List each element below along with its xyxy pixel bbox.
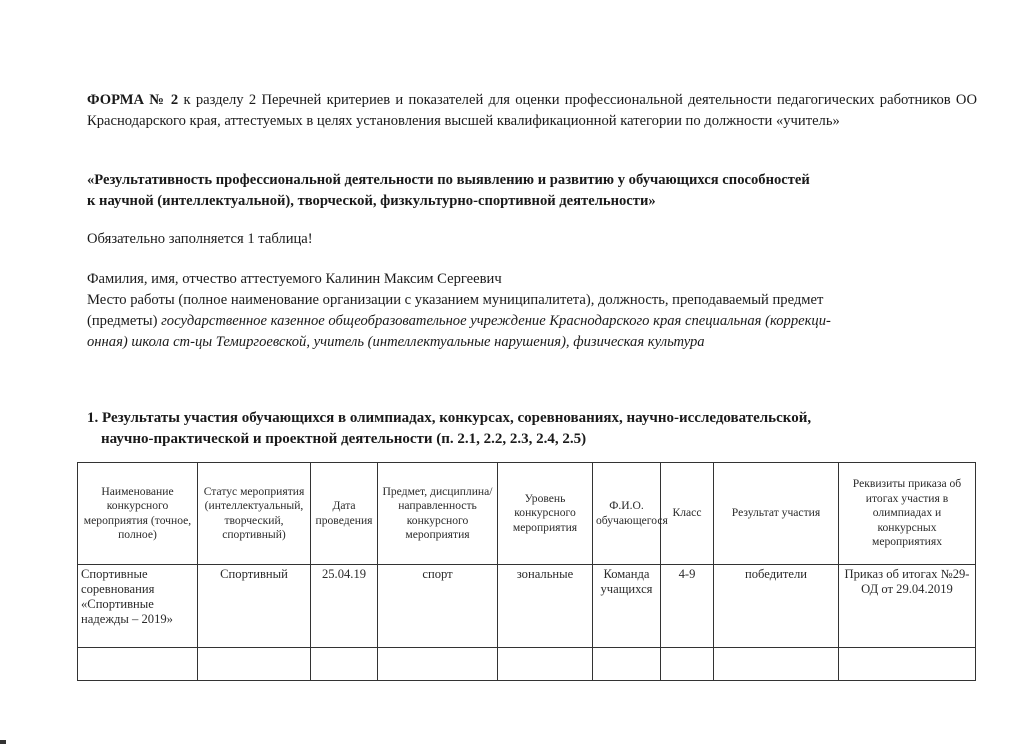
scan-artifact	[0, 740, 6, 744]
table-header-row: Наименование конкурсного мероприятия (то…	[78, 463, 976, 565]
header-date: Дата проведения	[311, 463, 378, 565]
document-title: «Результативность профессиональной деяте…	[87, 170, 977, 212]
workplace-value-1: государственное казенное общеобразовател…	[161, 313, 831, 329]
table-row-empty	[78, 648, 976, 681]
section-line-2: научно-практической и проектной деятельн…	[87, 429, 977, 450]
cell-empty	[593, 648, 661, 681]
title-line-1: «Результативность профессиональной деяте…	[87, 170, 977, 191]
cell-empty	[839, 648, 976, 681]
header-class: Класс	[661, 463, 714, 565]
fio-line: Фамилия, имя, отчество аттестуемого Кали…	[87, 269, 977, 290]
cell-empty	[378, 648, 498, 681]
person-info: Фамилия, имя, отчество аттестуемого Кали…	[87, 269, 977, 353]
header-event-name: Наименование конкурсного мероприятия (то…	[78, 463, 198, 565]
document-page: ФОРМА № 2 к разделу 2 Перечней критериев…	[0, 0, 1024, 744]
cell-class: 4-9	[661, 565, 714, 648]
results-table: Наименование конкурсного мероприятия (то…	[77, 462, 976, 681]
mandatory-note: Обязательно заполняется 1 таблица!	[87, 229, 977, 250]
form-intro: ФОРМА № 2 к разделу 2 Перечней критериев…	[87, 90, 977, 132]
workplace-value-2: онная) школа ст-цы Темиргоевской, учител…	[87, 332, 977, 353]
cell-result: победители	[714, 565, 839, 648]
cell-empty	[661, 648, 714, 681]
form-intro-text: к разделу 2 Перечней критериев и показат…	[87, 92, 977, 129]
fio-value: Калинин Максим Сергеевич	[326, 271, 502, 287]
workplace-label-2: (предметы)	[87, 313, 157, 329]
cell-empty	[498, 648, 593, 681]
header-subject: Предмет, дисциплина/ направленность конк…	[378, 463, 498, 565]
cell-student-name: Команда учащихся	[593, 565, 661, 648]
cell-event-status: Спортивный	[198, 565, 311, 648]
cell-subject: спорт	[378, 565, 498, 648]
header-level: Уровень конкурсного мероприятия	[498, 463, 593, 565]
header-order-details: Реквизиты приказа об итогах участия в ол…	[839, 463, 976, 565]
cell-empty	[78, 648, 198, 681]
header-event-status: Статус мероприятия (интеллектуальный, тв…	[198, 463, 311, 565]
header-student-name: Ф.И.О. обучающегося	[593, 463, 661, 565]
section-line-1: 1. Результаты участия обучающихся в олим…	[87, 408, 977, 429]
workplace-line-2: (предметы) государственное казенное обще…	[87, 311, 977, 332]
section-heading: 1. Результаты участия обучающихся в олим…	[87, 408, 977, 450]
cell-empty	[714, 648, 839, 681]
cell-event-name: Спортивные соревнования «Спортивные наде…	[78, 565, 198, 648]
fio-label: Фамилия, имя, отчество аттестуемого	[87, 271, 322, 287]
cell-empty	[198, 648, 311, 681]
cell-order-details: Приказ об итогах №29-ОД от 29.04.2019	[839, 565, 976, 648]
cell-level: зональные	[498, 565, 593, 648]
workplace-label-1: Место работы (полное наименование органи…	[87, 290, 977, 311]
header-result: Результат участия	[714, 463, 839, 565]
form-label: ФОРМА № 2	[87, 92, 178, 108]
cell-empty	[311, 648, 378, 681]
cell-date: 25.04.19	[311, 565, 378, 648]
title-line-2: к научной (интеллектуальной), творческой…	[87, 191, 977, 212]
table-row: Спортивные соревнования «Спортивные наде…	[78, 565, 976, 648]
